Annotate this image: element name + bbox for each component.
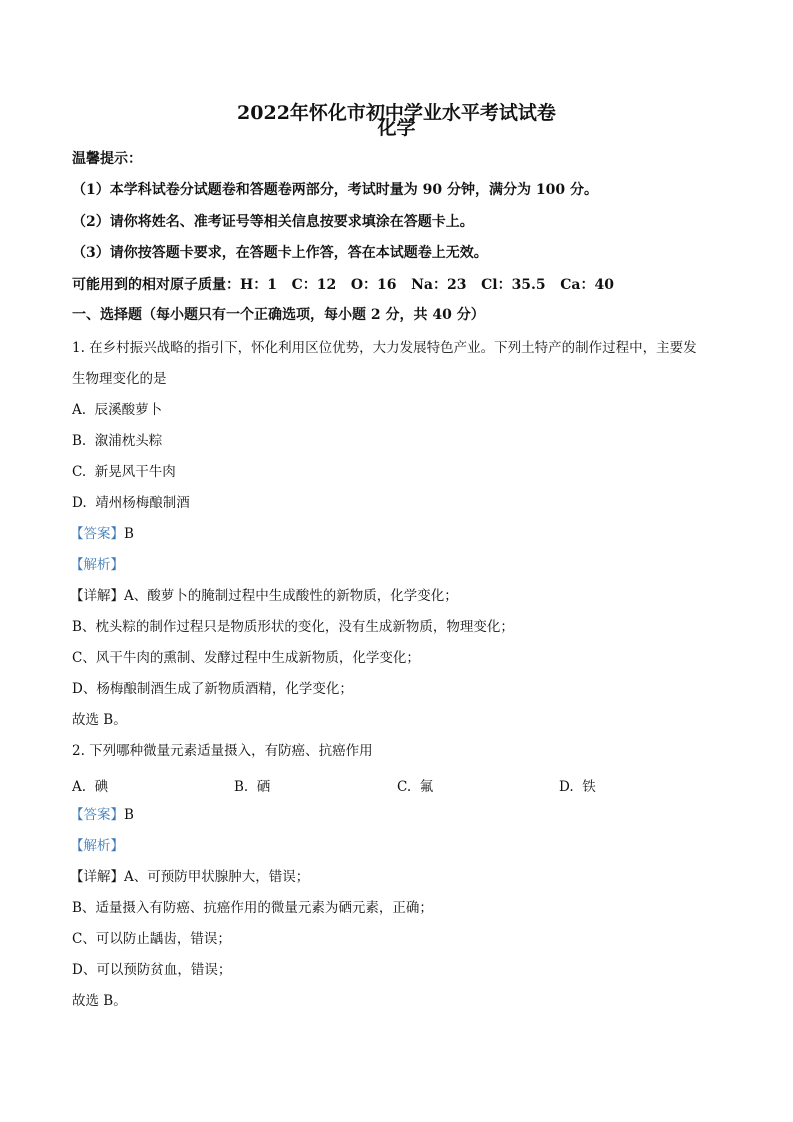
notice-item-3: （3）请你按答题卡要求，在答题卡上作答，答在本试题卷上无效。 [72, 244, 488, 262]
question-1-option-a: A. 辰溪酸萝卜 [72, 401, 162, 419]
question-1-stem: 1. 在乡村振兴战略的指引下，怀化利用区位优势，大力发展特色产业。下列土特产的制… [72, 339, 697, 357]
question-1-detail-b: B、枕头粽的制作过程只是物质形状的变化，没有生成新物质，物理变化； [72, 618, 514, 636]
question-2-analysis-label: 【解析】 [70, 837, 124, 855]
notice-item-2: （2）请你将姓名、准考证号等相关信息按要求填涂在答题卡上。 [72, 213, 474, 231]
question-1-option-b: B. 溆浦枕头粽 [72, 432, 162, 450]
question-2-detail-c: C、可以防止龋齿，错误； [72, 930, 231, 948]
answer-value: B [124, 526, 134, 542]
answer-value: B [124, 807, 134, 823]
detail-label: 【详解】 [70, 869, 124, 885]
exam-page: 2022年怀化市初中学业水平考试试卷 化学 温馨提示： （1）本学科试卷分试题卷… [0, 0, 793, 1122]
question-1-conclusion: 故选 B。 [72, 711, 127, 729]
question-2-options: A. 碘 B. 硒 C. 氟 D. 铁 [72, 775, 732, 793]
subject-title: 化学 [0, 113, 793, 140]
question-1-detail-a: 【详解】A、酸萝卜的腌制过程中生成酸性的新物质，化学变化； [70, 587, 458, 605]
question-1-detail-c: C、风干牛肉的熏制、发酵过程中生成新物质，化学变化； [72, 649, 420, 667]
question-2-option-a: A. 碘 [72, 775, 108, 795]
atomic-masses: 可能用到的相对原子质量：H：1 C：12 O：16 Na：23 Cl：35.5 … [72, 276, 614, 294]
question-1-option-c: C. 新晃风干牛肉 [72, 463, 176, 481]
question-1-option-d: D. 靖州杨梅酿制酒 [72, 494, 190, 512]
question-2-stem: 2. 下列哪种微量元素适量摄入，有防癌、抗癌作用 [72, 742, 373, 760]
question-2-detail-a: 【详解】A、可预防甲状腺肿大，错误； [70, 868, 309, 886]
detail-text: A、酸萝卜的腌制过程中生成酸性的新物质，化学变化； [124, 588, 458, 604]
detail-text: A、可预防甲状腺肿大，错误； [124, 869, 309, 885]
question-2-option-d: D. 铁 [559, 775, 596, 795]
notice-heading: 温馨提示： [72, 150, 142, 168]
question-1-answer: 【答案】B [70, 525, 134, 543]
question-2-answer: 【答案】B [70, 806, 134, 824]
notice-item-1: （1）本学科试卷分试题卷和答题卷两部分，考试时量为 90 分钟，满分为 100 … [72, 181, 598, 199]
question-1-detail-d: D、杨梅酿制酒生成了新物质酒精，化学变化； [72, 680, 353, 698]
answer-label: 【答案】 [70, 807, 124, 823]
section-heading: 一、选择题（每小题只有一个正确选项，每小题 2 分，共 40 分） [72, 306, 485, 324]
question-1-stem-cont: 生物理变化的是 [72, 370, 167, 388]
answer-label: 【答案】 [70, 526, 124, 542]
question-2-option-c: C. 氟 [397, 775, 433, 795]
detail-label: 【详解】 [70, 588, 124, 604]
question-2-detail-b: B、适量摄入有防癌、抗癌作用的微量元素为硒元素，正确； [72, 899, 433, 917]
question-1-analysis-label: 【解析】 [70, 556, 124, 574]
question-2-detail-d: D、可以预防贫血，错误； [72, 961, 231, 979]
question-2-option-b: B. 硒 [234, 775, 270, 795]
question-2-conclusion: 故选 B。 [72, 992, 127, 1010]
